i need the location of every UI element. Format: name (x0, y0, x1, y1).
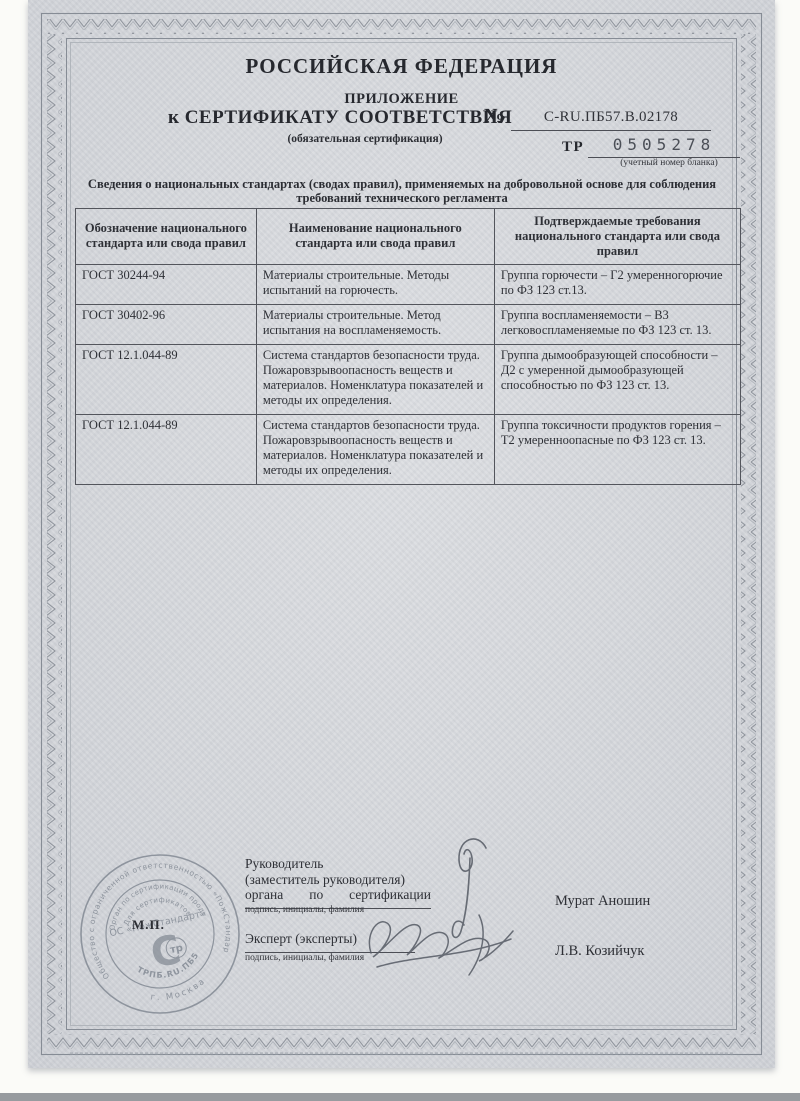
table-header-row: Обозначение национального стандарта или … (76, 209, 741, 265)
table-row: ГОСТ 30402-96 Материалы строительные. Ме… (76, 305, 741, 345)
table-row: ГОСТ 12.1.044-89 Система стандартов безо… (76, 345, 741, 415)
stamp-logo-sub: тр (169, 943, 184, 956)
standards-table: Обозначение национального стандарта или … (75, 208, 741, 485)
cell-requirement: Группа воспламеняемости – В3 легковоспла… (494, 305, 740, 345)
head-role-line: Руководитель (245, 856, 323, 871)
certificate-title: к СЕРТИФИКАТУ СООТВЕТСТВИЯ (168, 107, 512, 129)
cell-name: Материалы строительные. Метод испытания … (256, 305, 494, 345)
certificate-number: C-RU.ПБ57.В.02178 (511, 109, 711, 131)
cell-standard: ГОСТ 30244-94 (76, 265, 257, 305)
number-sign: № (484, 105, 504, 128)
standards-intro-text: Сведения о национальных стандартах (свод… (86, 178, 718, 205)
cell-requirement: Группа дымообразующей способности – Д2 с… (494, 345, 740, 415)
blank-number: 0505278 (588, 135, 740, 158)
col-header-designation: Обозначение национального стандарта или … (76, 209, 257, 265)
cell-standard: ГОСТ 12.1.044-89 (76, 345, 257, 415)
tr-label: ТР (562, 139, 584, 156)
scanner-edge-strip (0, 1093, 800, 1101)
table-row: ГОСТ 12.1.044-89 Система стандартов безо… (76, 415, 741, 485)
cell-standard: ГОСТ 30402-96 (76, 305, 257, 345)
head-role-line: (заместитель руководителя) (245, 872, 405, 887)
cell-name: Система стандартов безопасности труда. П… (256, 415, 494, 485)
country-title: РОССИЙСКАЯ ФЕДЕРАЦИЯ (28, 54, 775, 79)
blank-number-caption: (учетный номер бланка) (594, 158, 744, 168)
certificate-appendix-page: РОССИЙСКАЯ ФЕДЕРАЦИЯ ПРИЛОЖЕНИЕ к СЕРТИФ… (28, 0, 775, 1068)
cell-name: Материалы строительные. Методы испытаний… (256, 265, 494, 305)
expert-signature-caption: подпись, инициалы, фамилия (245, 953, 364, 963)
head-signature-caption: подпись, инициалы, фамилия (245, 905, 364, 915)
mandatory-certification-note: (обязательная сертификация) (265, 133, 465, 145)
cell-name: Система стандартов безопасности труда. П… (256, 345, 494, 415)
head-name: Мурат Аношин (555, 893, 650, 910)
expert-signature (361, 901, 529, 981)
seal-place-label: М.П. (132, 917, 165, 933)
certification-stamp: Общество с ограниченной ответственностью… (74, 848, 246, 1020)
cell-requirement: Группа токсичности продуктов горения – Т… (494, 415, 740, 485)
annex-title: ПРИЛОЖЕНИЕ (28, 91, 775, 108)
expert-name: Л.В. Козийчук (555, 943, 644, 960)
cell-requirement: Группа горючести – Г2 умеренногорючие по… (494, 265, 740, 305)
col-header-requirements: Подтверждаемые требования национального … (494, 209, 740, 265)
table-row: ГОСТ 30244-94 Материалы строительные. Ме… (76, 265, 741, 305)
cell-standard: ГОСТ 12.1.044-89 (76, 415, 257, 485)
col-header-name: Наименование национального стандарта или… (256, 209, 494, 265)
